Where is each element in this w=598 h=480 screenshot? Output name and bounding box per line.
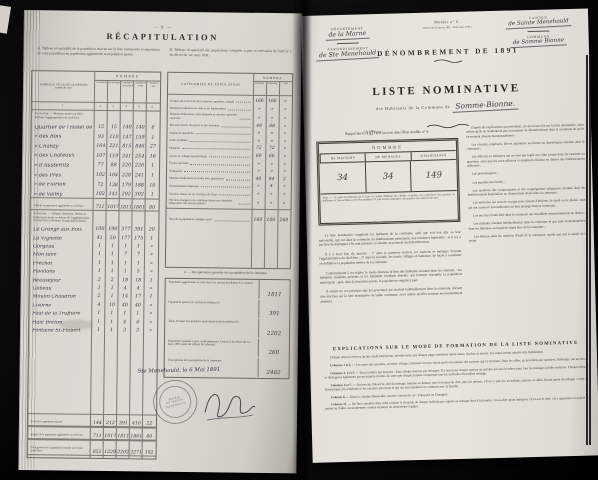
table-row: Gorgeau1111» <box>30 241 158 251</box>
cell-value: 72 <box>265 146 278 151</box>
rappel-table: NOMBRE DE MAISONSDE MÉNAGESD'HABITANTS 3… <box>316 138 460 226</box>
cell-value: » <box>265 161 278 166</box>
cell-value: » <box>252 192 265 197</box>
section-c-title: C. — Récapitulation générale de la popul… <box>159 270 293 276</box>
paragraph: Les individus qui sont en voyage pour ra… <box>468 198 586 210</box>
place-name: La Grange aux Bois <box>30 228 93 233</box>
place-name: Gobeau <box>30 286 93 291</box>
cell-value: » <box>278 201 291 206</box>
colonne-label: Colonnes 1 et 2. <box>330 363 351 368</box>
place-name: Moulin Chaudron <box>29 295 92 300</box>
dotted-leader <box>190 163 250 166</box>
intro-b: B. Tableau récapitulatif des populations… <box>169 48 291 59</box>
cell-value: 160 <box>253 99 266 104</box>
table-row: Maisons d'éducation correctionnelle et c… <box>168 113 292 121</box>
cell-value: » <box>252 201 265 206</box>
rappel-caption-handwritten: chiffres <box>362 130 381 136</box>
cell-value: » <box>278 169 291 174</box>
category-label: Maisons d'éducation et écoles avec pensi… <box>167 177 224 181</box>
cell-value: » <box>144 304 157 309</box>
commune-value: de Somme Bionne <box>510 37 568 48</box>
category-label: Bâtiments militaires en rade ou en dépla… <box>168 107 226 111</box>
cell-value: 60 <box>265 154 278 159</box>
column-label: de femmes <box>266 82 279 95</box>
liste-nominative-title: LISTE NOMINATIVE <box>303 80 590 100</box>
table-row: Fontaine St-Flobert1133» <box>29 324 157 334</box>
category-label: Écoles spéciales <box>167 162 188 166</box>
col1-subheader: (noms de rue) <box>34 86 93 90</box>
habitants-count: 149 <box>410 160 456 191</box>
table-row: Gobeau1144» <box>30 283 158 293</box>
table-row: Maisons d'éducation et écoles avec pensi… <box>167 175 291 182</box>
cell-value: 1 <box>145 237 158 242</box>
table-row: Asiles d'aliénés»»» <box>167 138 291 145</box>
recap-table-a: HAMEAUX, VILLAGES, QUARTIERS (noms de ru… <box>27 70 162 460</box>
cell-value: » <box>144 321 157 326</box>
table-row: Population éparse (2e section du tableau… <box>165 298 289 319</box>
cell-value: » <box>145 254 158 259</box>
cell-value: » <box>278 162 291 167</box>
binding-gutter-shadow <box>292 0 312 480</box>
table-row: » Chanzy16422181584627 <box>31 139 159 150</box>
signature-mark <box>201 382 258 427</box>
category-label: Séminaires <box>167 169 182 173</box>
table-row: » d'Austerlitz77882202261 <box>31 159 159 170</box>
cell-value: » <box>265 201 278 206</box>
recapitulation-title: RÉCAPITULATION <box>24 30 302 43</box>
explications-section: EXPLICATIONS SUR LE MODE DE FORMATION DE… <box>324 341 590 415</box>
paragraph: Les officiers et militaires qui ne sont … <box>467 152 585 168</box>
recap-table-b: CATÉGORIES DE POPULATION NOMBRE d'hommes… <box>165 72 293 270</box>
dotted-leader <box>196 132 251 135</box>
table-row: Faut de la Truffière1111» <box>29 308 157 318</box>
cell-value: » <box>278 184 291 189</box>
table-row: Quartier de l'Hôtel de Ville15151401406 <box>32 120 160 131</box>
cell-value: 48 <box>253 123 266 128</box>
cell-value: » <box>265 192 278 197</box>
cell-value: 1 <box>146 165 159 170</box>
table-row: Ouvriers étrangers à la commune réunis a… <box>167 198 291 206</box>
column-label: D'HABITANTS <box>410 151 456 160</box>
cell-value: » <box>278 154 291 159</box>
general-total-row: Total général de la population inscrite … <box>28 439 156 457</box>
right-page: DÉPARTEMENT de la Marne ARRONDISSEMENT d… <box>301 8 598 462</box>
place-name: » des Bois <box>31 135 94 140</box>
table-b-header: CATÉGORIES DE POPULATION NOMBRE d'hommes… <box>168 73 292 97</box>
table-row: Écoles spéciales»»» <box>167 160 291 167</box>
cell-value: 20 <box>145 229 158 234</box>
categories-header: CATÉGORIES DE POPULATION <box>168 73 253 95</box>
cell-value: 10 <box>146 184 159 189</box>
table-row: Bâtiments militaires en rade ou en dépla… <box>168 105 292 112</box>
table-row: » des Bois931101471591 <box>31 130 159 141</box>
dotted-leader <box>219 193 250 195</box>
place-name: Faut de la Truffière <box>29 312 92 317</box>
table-row: La Vignette41501771751 <box>30 232 158 242</box>
table-row: Lycées et collèges (pensionnats)6060» <box>167 153 291 160</box>
cell-value: 160 <box>266 99 279 104</box>
cell-value: 1 <box>146 136 159 141</box>
cell-value: » <box>266 107 279 112</box>
departement-value: de la Marne <box>325 30 369 41</box>
section2-label: 2e Section. — Villages, hameaux, fermes … <box>30 210 94 225</box>
page-corner-sliver <box>0 5 11 33</box>
dotted-leader <box>240 118 251 120</box>
cell-value: 94 <box>265 177 278 182</box>
dotted-leader <box>239 203 250 205</box>
table-row: Livorne4104040» <box>29 299 157 309</box>
cell-value: » <box>279 107 292 112</box>
cell-value: 6 <box>147 126 160 131</box>
place-name: Gorgeau <box>30 244 93 249</box>
place-name: Quartier de l'Hôtel de Ville <box>32 125 95 130</box>
rappel-column: Rappel des chiffres inscrits dans l'État… <box>316 128 463 309</box>
table-row: Total, formant la population municipale … <box>165 318 289 339</box>
category-label: Dépôts de mendicité <box>167 132 193 136</box>
table-a-column-labels: de maisonsde ménagespopulation municipal… <box>95 81 160 103</box>
table-row: Séminaires»»» <box>167 168 291 175</box>
table-row: La Grange aux Bois10019037739120 <box>30 224 158 234</box>
recap-intro-paragraphs: A. Tableau récapitulatif de la populatio… <box>37 46 291 58</box>
paragraph: Les malades résidant habituellement dans… <box>468 219 586 231</box>
intro-a: A. Tableau récapitulatif de la populatio… <box>37 46 159 57</box>
cell-value: » <box>252 139 265 144</box>
column-label: total <box>279 82 292 95</box>
cell-value: 4 <box>265 184 278 189</box>
place-name: Fréchot <box>30 261 93 266</box>
canton-value: de Sainte Menehould <box>505 18 572 29</box>
cell-value: » <box>145 288 158 293</box>
scanned-register-photo: — 9 — RÉCAPITULATION A. Tableau récapitu… <box>0 0 598 480</box>
category-label: Asiles d'aliénés <box>167 139 187 143</box>
place-name: Mon Idée <box>30 253 93 258</box>
modele-note: (Décret du 30 janvier 1891 ; Instruction… <box>395 25 499 31</box>
cell-value: » <box>278 139 291 144</box>
place-name: » de Valmy <box>31 192 94 197</box>
menages-count: 34 <box>365 161 411 192</box>
paragraph: La liste nominative comprend les habitan… <box>319 230 461 247</box>
paragraph: Conformément à ces règles, le maire dres… <box>320 267 462 284</box>
table-row: » de Valmy1021412923021 <box>31 187 159 198</box>
place-name: La Vignette <box>30 236 93 241</box>
cell-value: » <box>265 139 278 144</box>
category-label: Hospices <box>167 147 180 151</box>
cell-value: 391 <box>258 299 289 318</box>
table-row: Maisons d'arrêt, de justice et de correc… <box>168 122 292 129</box>
category-label: Population éparse (2e section du tableau… <box>165 298 258 318</box>
canton-block: CANTON de Sainte Menehould COMMUNE de So… <box>493 15 584 48</box>
divider <box>527 31 549 33</box>
cell-value: 1 <box>146 174 159 179</box>
category-label: Ouvriers réunis sur les chantiers de l'É… <box>167 192 217 196</box>
paragraph: Les membres des communautés et des congr… <box>468 185 586 197</box>
dotted-leader <box>182 147 250 150</box>
cell-value: » <box>266 116 279 121</box>
place-name: Livorne <box>29 303 92 308</box>
cell-value: » <box>278 192 291 197</box>
table-a-header: HAMEAUX, VILLAGES, QUARTIERS (noms de ru… <box>32 71 160 104</box>
cell-value: 260 <box>258 339 289 358</box>
table-row: Population comptée à part, conformément … <box>165 338 289 359</box>
category-label: Total, formant la population municipale … <box>165 318 258 338</box>
cell-value: 40 <box>252 177 265 182</box>
cell-value: » <box>252 161 265 166</box>
category-label: Population agglomérée au chef-lieu (1re … <box>166 279 259 299</box>
table-row: Fréchot1111» <box>30 257 158 267</box>
table-b-total-row: Total de la population comptée à part160… <box>166 208 290 224</box>
category-label: Communautés religieuses <box>167 185 199 189</box>
cell-value: 68 <box>266 124 279 129</box>
column-label: comptés à part <box>147 82 160 103</box>
cell-value: » <box>144 313 157 318</box>
dotted-leader <box>184 170 250 173</box>
place-name: » des Prés <box>31 173 94 178</box>
cell-value: » <box>145 262 158 267</box>
table-row: Ouvriers réunis sur les chantiers de l'É… <box>167 191 291 198</box>
dotted-leader <box>201 185 250 188</box>
cell-value: 27 <box>146 146 159 151</box>
cell-value: 60 <box>252 154 265 159</box>
section1-rows: Quartier de l'Hôtel de Ville15151401406 … <box>31 120 160 198</box>
recap-table-c: Population agglomérée au chef-lieu (1re … <box>164 278 291 380</box>
category-label: Lycées et collèges (pensionnats) <box>167 154 207 158</box>
ink-smudge <box>59 319 93 329</box>
place-name: » d'Austerlitz <box>31 163 94 168</box>
cell-value: » <box>253 106 266 111</box>
cell-value: » <box>145 246 158 251</box>
table-row: Communautés religieuses»4» <box>167 183 291 190</box>
cell-value: » <box>252 131 265 136</box>
modele-block: Modèle n° 8. (Décret du 30 janvier 1891 … <box>395 19 499 31</box>
place-name: » des Châteaux <box>31 154 94 159</box>
table-row: Haie Breton1144» <box>29 316 157 326</box>
cell-value: » <box>265 131 278 136</box>
paragraph: Les commis, employés, élèves, apprentis,… <box>466 139 584 151</box>
category-label: Troupes de terre et de mer (casernes, qu… <box>168 99 234 103</box>
paragraph: Il y a donc lieu d'y inscrire : 1° dans … <box>319 249 461 266</box>
cell-value: 2202 <box>258 319 289 338</box>
dotted-leader <box>236 101 251 103</box>
flourish-rule <box>433 58 463 64</box>
category-label: Population comptée à part, conformément … <box>165 338 258 358</box>
place-name: » Chanzy <box>31 144 94 149</box>
table-b-column-labels: d'hommesde femmestotal <box>253 82 292 95</box>
table-row: Troupes de terre et de mer (casernes, qu… <box>168 98 292 105</box>
cell-value: 1811 <box>258 280 289 299</box>
cell-value: » <box>145 271 158 276</box>
cell-value: » <box>144 329 157 334</box>
section2-rows: La Grange aux Bois10019037739120 La Vign… <box>29 224 158 335</box>
table-row: Beauséjour2218181 <box>30 274 158 284</box>
dotted-leader <box>214 219 249 221</box>
table-row: » des Châteaux10711924125416 <box>31 149 159 160</box>
rappel-values: 34 34 149 <box>320 160 457 194</box>
cell-value: » <box>279 99 292 104</box>
cell-value: 1 <box>145 279 158 284</box>
category-label: Ouvriers étrangers à la commune réunis a… <box>167 198 237 206</box>
dotted-leader <box>190 140 251 143</box>
cell-value: 16 <box>146 155 159 160</box>
table-row: » des Prés1021042282411 <box>31 168 159 179</box>
dotted-leader <box>209 155 250 158</box>
place-name: Beauséjour <box>30 278 93 283</box>
column-label: DE MAISONS <box>320 153 366 162</box>
cell-value: 2 <box>278 177 291 182</box>
column-label: DE MÉNAGES <box>365 152 411 161</box>
left-column-paragraphs: La liste nominative comprend les habitan… <box>319 230 463 304</box>
dotted-leader <box>221 125 250 127</box>
cell-value: 1 <box>144 296 157 301</box>
table-row: Hospices7272» <box>167 145 291 152</box>
table-c-rows: Population agglomérée au chef-lieu (1re … <box>165 279 290 379</box>
divider <box>337 42 359 44</box>
paragraph: Les détenus dans les maisons d'arrêt de … <box>469 231 587 243</box>
cell-value: » <box>278 146 291 151</box>
place-name: Pavillons <box>30 270 93 275</box>
place-name: » de Florion <box>31 183 94 188</box>
dotted-leader <box>228 108 251 110</box>
cell-value: » <box>279 124 292 129</box>
table-row: Population agglomérée au chef-lieu (1re … <box>165 279 289 300</box>
maisons-count: 34 <box>320 162 365 193</box>
cell-value: 72 <box>252 146 265 151</box>
paragraph: D'après les explications qui précèdent, … <box>466 123 584 139</box>
liste-commune-value: Somme-Bionne. <box>452 98 518 112</box>
table-row: Dépôts de mendicité»»» <box>167 130 291 137</box>
explications-items: Colonnes 1 et 2. — Les noms des quartier… <box>324 357 589 411</box>
dotted-leader <box>226 178 250 180</box>
colonne-label: Colonne 8. <box>331 395 345 399</box>
cell-value: » <box>265 169 278 174</box>
paragraph: Il résulte de ces principes que les pers… <box>320 286 462 303</box>
paragraph: Les pupilles des écoles ; <box>467 177 585 184</box>
page-stack-edges <box>585 55 591 445</box>
cell-value: » <box>252 184 265 189</box>
cell-value: » <box>279 116 292 121</box>
table-row: » de Florion7213817918810 <box>31 178 159 189</box>
cell-value: 1 <box>146 194 159 199</box>
cell-value: » <box>253 116 266 121</box>
instructions-column: D'après les explications qui précèdent, … <box>466 123 587 247</box>
mayor-signature <box>201 382 258 432</box>
paragraph: Les ouvriers domiciliés dans la commune … <box>468 211 586 218</box>
cell-value: » <box>278 131 291 136</box>
category-label: Maisons d'éducation correctionnelle et c… <box>168 113 238 121</box>
cell-value: » <box>252 169 265 174</box>
table-b-rows: Troupes de terre et de mer (casernes, qu… <box>167 95 292 207</box>
category-label: Maisons d'arrêt, de justice et de correc… <box>168 124 220 128</box>
column-label: d'hommes <box>253 82 266 95</box>
left-page: — 9 — RÉCAPITULATION A. Tableau récapitu… <box>18 10 302 473</box>
paragraph: Les pensionnaires ; <box>467 169 585 176</box>
table-row: Pavillons1115» <box>30 266 158 276</box>
